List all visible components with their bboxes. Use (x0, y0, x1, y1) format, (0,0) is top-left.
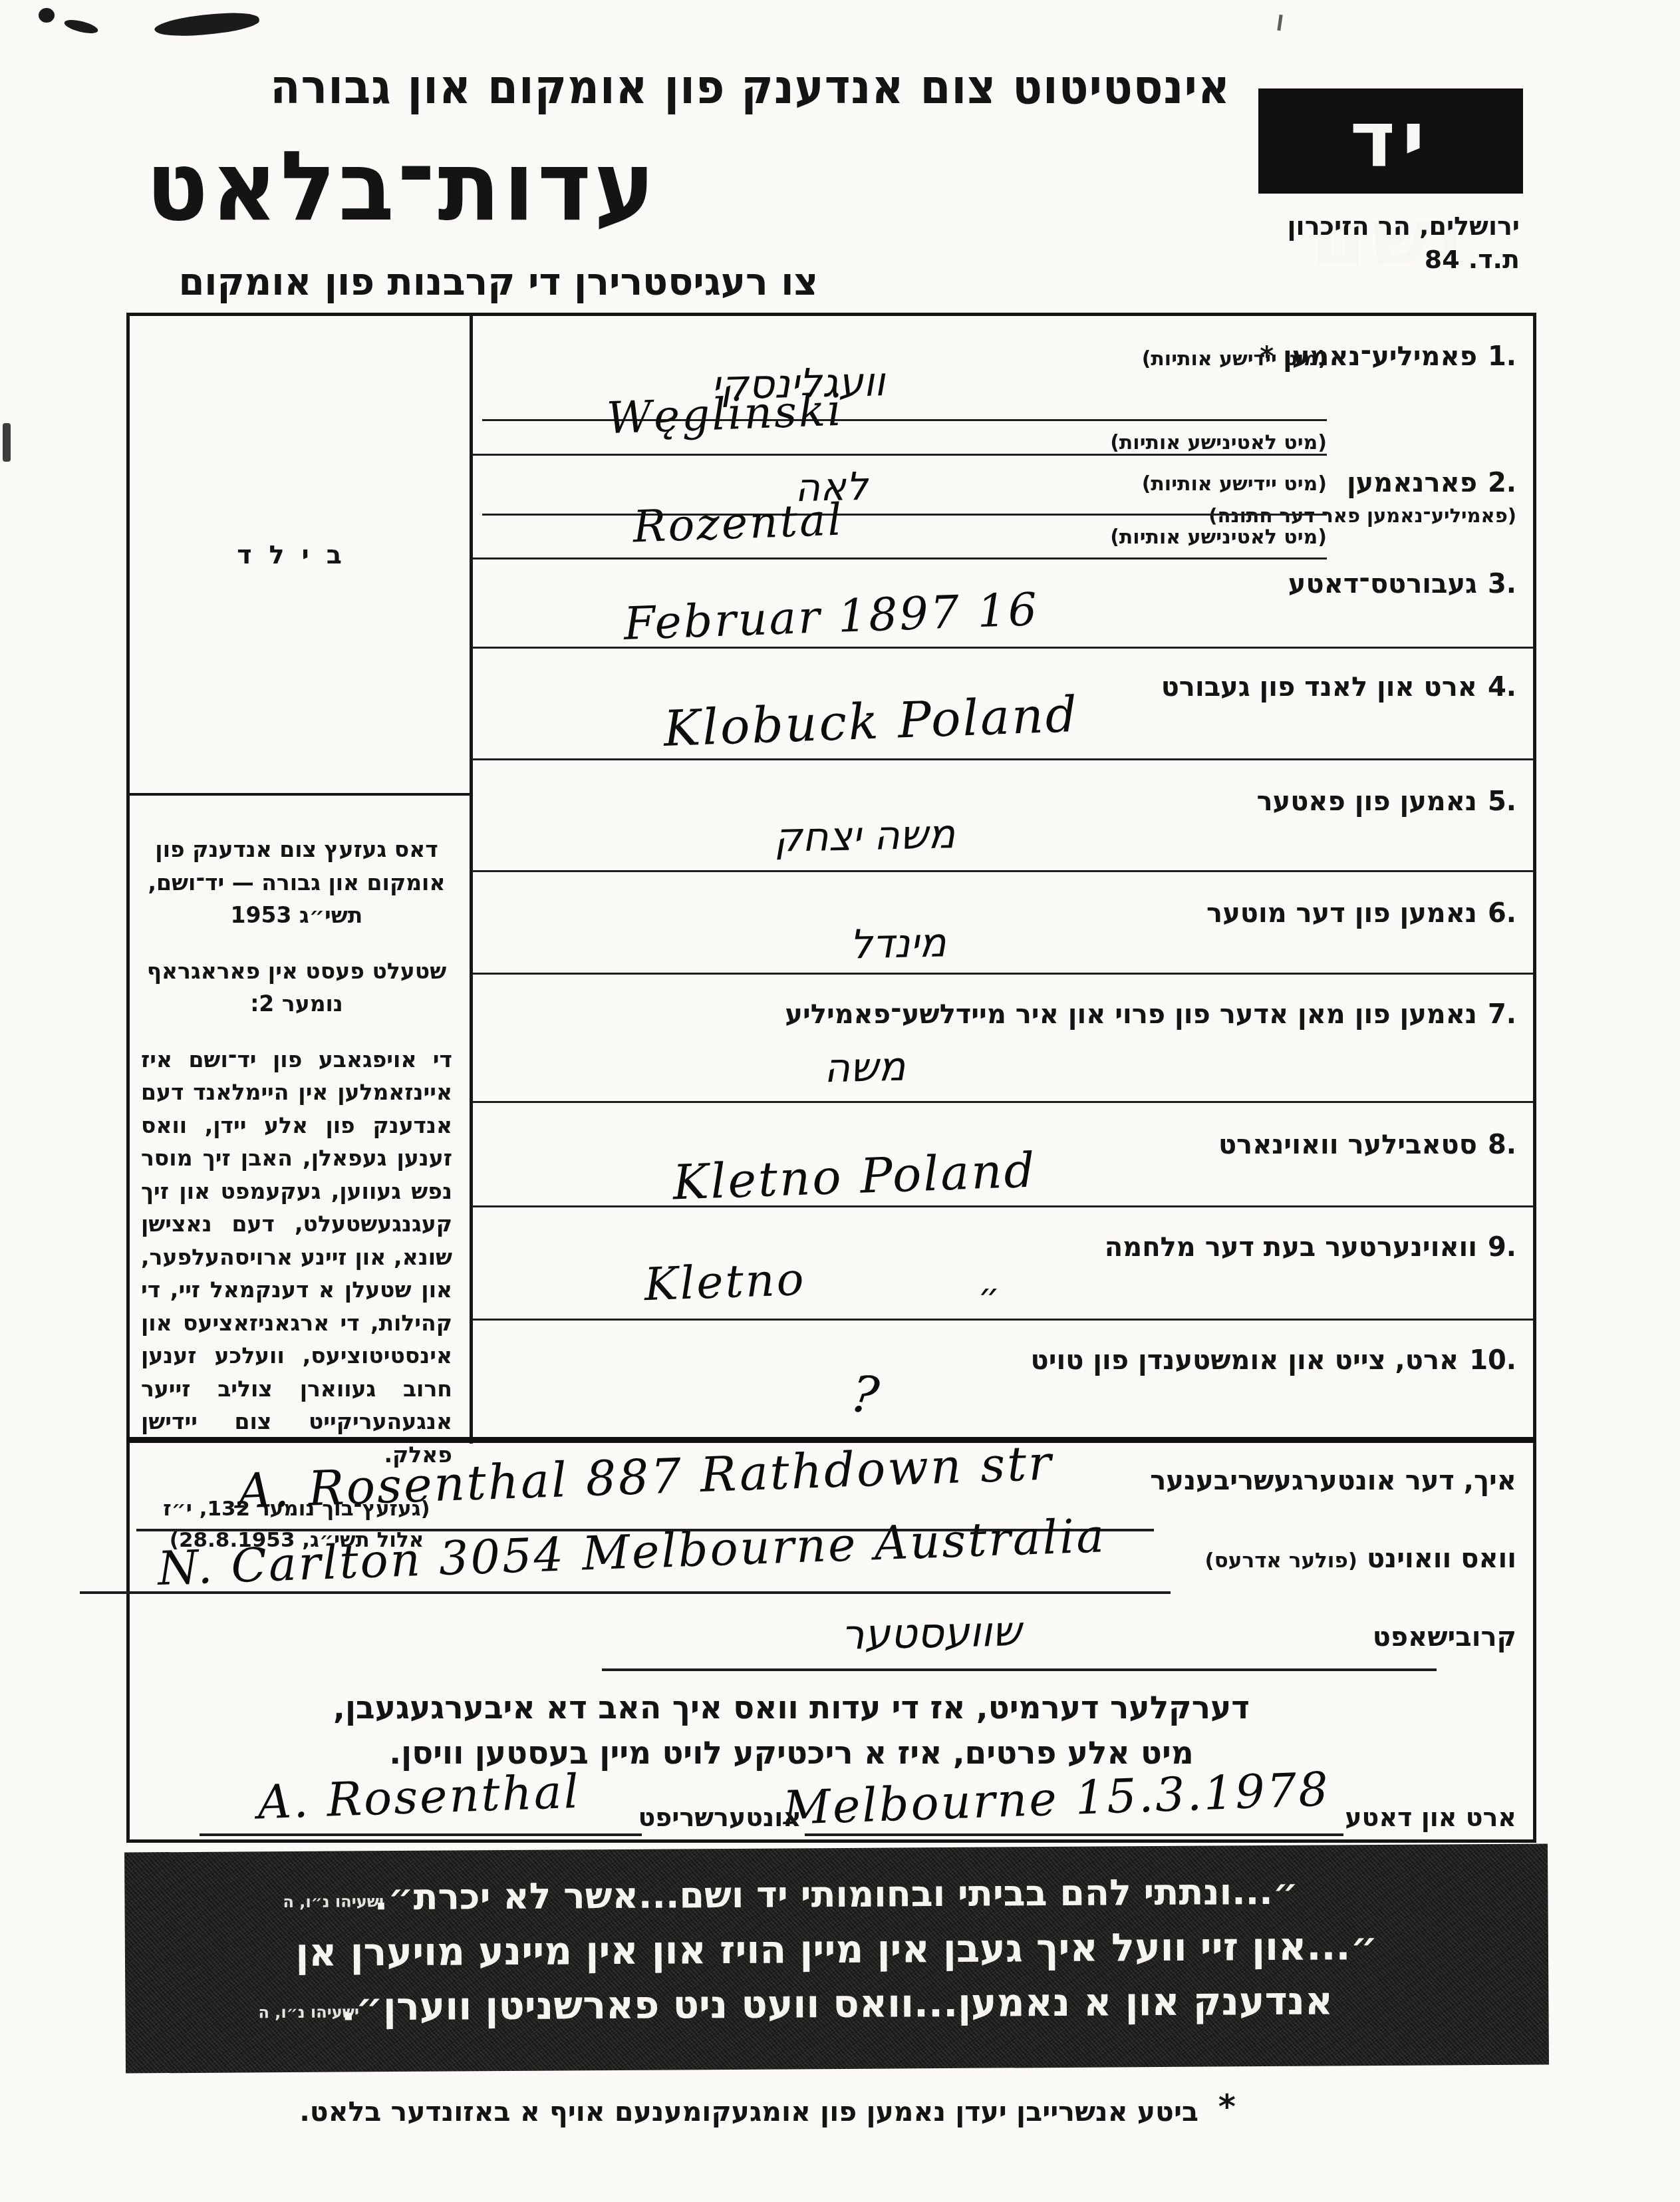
signature-label: אונטערשריפט (638, 1803, 801, 1832)
field-1-number: 1. (1488, 341, 1516, 372)
field-7-label: 7. נאמען פון מאן אדער פון פרוי און איר מ… (785, 999, 1516, 1030)
scan-smudge (3, 423, 11, 462)
field-10-label-text: ארט, צייט און אומשטענדן פון טויט (1031, 1345, 1459, 1376)
declaration-line-1: דערקלער דערמיט, אז די עדות וואס איך האב … (319, 1690, 1264, 1726)
relationship-label: קרובישאפט (1373, 1622, 1516, 1652)
page-subtitle: צו רעגיסטרירן די קרבנות פון אומקום (178, 261, 818, 304)
writing-line (472, 557, 1327, 559)
photo-box-bottom-line (126, 793, 472, 796)
field-5-number: 5. (1488, 786, 1516, 817)
field-7-number: 7. (1488, 999, 1516, 1030)
field-2-label: 2. פארנאמען (1347, 468, 1516, 498)
field-8-label: 8. סטאבילער וואוינארט (1218, 1130, 1516, 1160)
writing-line (472, 1319, 1533, 1321)
writing-line (472, 1101, 1533, 1103)
field-4-number: 4. (1488, 672, 1516, 703)
field-9-label: 9. וואוינערטער בעת דער מלחמה (1105, 1232, 1516, 1263)
field-2-latin-note: (מיט לאטינישע אותיות) (1110, 526, 1327, 549)
field-5-handwriting: משה יצחק (631, 808, 1097, 865)
institute-line: אינסטיטוט צום אנדענק פון אומקום און גבור… (270, 59, 1230, 114)
scan-smudge (63, 17, 99, 36)
footnote-text: ביטע אנשרייבן יעדן נאמען פון אומגעקומענע… (299, 2096, 1198, 2127)
address-label-text: וואס וואוינט (1367, 1543, 1516, 1574)
field-6-number: 6. (1488, 898, 1516, 929)
footnote-asterisk: * (1218, 2088, 1236, 2126)
field-5-label: 5. נאמען פון פאטער (1256, 786, 1516, 817)
law-paragraph-2: שטעלט פעסט אין פאראגראף נומער 2: (141, 955, 452, 1021)
banner-attribution-2: ישעיהו נ״ו, ה (258, 2002, 359, 2022)
field-7-label-text: נאמען פון מאן אדער פון פרוי און איר מייד… (785, 999, 1477, 1030)
place-date-label: ארט און דאטע (1345, 1803, 1516, 1832)
relationship-handwriting: שוועסטער (764, 1605, 1097, 1660)
field-3-number: 3. (1488, 569, 1516, 599)
page-title: עדות־בלאט (146, 130, 658, 243)
writing-line (472, 647, 1533, 649)
field-3-label: 3. געבורטס־דאטע (1288, 569, 1516, 599)
field-9-label-text: וואוינערטער בעת דער מלחמה (1105, 1232, 1477, 1263)
field-2-maiden-note: (פאמיליע־נאמען פאר דער חתונה) (1208, 504, 1516, 527)
field-2-label-text: פארנאמען (1347, 468, 1477, 498)
writing-line (472, 454, 1327, 456)
field-1-latin-note: (מיט לאטינישע אותיות) (1110, 431, 1327, 454)
writing-line (472, 973, 1533, 975)
undersigned-label: איך, דער אונטערגעשריבענער (1150, 1466, 1516, 1496)
writing-line (602, 1668, 1437, 1671)
field-6-handwriting: מינדל (731, 917, 1064, 971)
field-10-number: 10. (1469, 1345, 1516, 1376)
field-9-number: 9. (1488, 1232, 1516, 1263)
field-2-yiddish-note: (מיט יידישע אותיות) (1142, 472, 1327, 496)
address-label-note: (פולער אדרעס) (1205, 1549, 1357, 1573)
field-1-yiddish-note: (מיט יידישע אותיות) (1142, 347, 1327, 371)
testimony-page: אינסטיטוט צום אנדענק פון אומקום און גבור… (0, 0, 1680, 2202)
field-8-label-text: סטאבילער וואוינארט (1218, 1130, 1477, 1160)
law-paragraph-3: די אויפגאבע פון יד־ושם איז איינזאמלען אי… (141, 1043, 452, 1472)
scan-smudge (154, 8, 260, 41)
yad-vashem-logo: יד ושם (1260, 90, 1521, 192)
logo-address-line1: ירושלים, הר הזיכרון (1288, 212, 1520, 241)
quote-banner: ״...ונתתי להם בביתי ובחומותי יד ושם...אש… (124, 1843, 1549, 2073)
law-paragraph-1: דאס געזעץ צום אנדענק פון אומקום און גבור… (141, 833, 452, 932)
photo-box-label: בילד (126, 540, 470, 569)
address-label: וואס וואוינט (פולער אדרעס) (1205, 1543, 1516, 1574)
writing-line (80, 1591, 1171, 1594)
column-divider (470, 313, 473, 1444)
writing-line (805, 1833, 1343, 1836)
scan-smudge (39, 8, 55, 23)
field-2-number: 2. (1488, 468, 1516, 498)
field-3-label-text: געבורטס־דאטע (1288, 569, 1477, 599)
banner-yiddish-quote-line1: ״...און זיי וועל איך געבן אין מיין הויז … (125, 1922, 1548, 1976)
field-5-label-text: נאמען פון פאטער (1256, 786, 1477, 817)
scan-smudge (1277, 15, 1282, 31)
field-10-label: 10. ארט, צייט און אומשטענדן פון טויט (1031, 1345, 1516, 1376)
field-8-number: 8. (1488, 1130, 1516, 1160)
declaration-line-2: מיט אלע פרטים, איז א ריכטיקע לויט מיין ב… (319, 1735, 1264, 1772)
writing-line (200, 1833, 642, 1836)
writing-line (472, 1205, 1533, 1207)
banner-attribution-1: ישעיהו נ״ו, ה (283, 1892, 384, 1911)
field-9-ditto-mark: ״ (978, 1276, 1000, 1316)
logo-address-line2: ת.ד. 84 (1425, 245, 1520, 274)
field-6-label-text: נאמען פון דער מוטער (1206, 898, 1477, 929)
field-7-handwriting: משה (698, 1041, 1031, 1094)
writing-line (472, 870, 1533, 872)
writing-line (472, 758, 1533, 760)
field-6-label: 6. נאמען פון דער מוטער (1206, 898, 1516, 929)
